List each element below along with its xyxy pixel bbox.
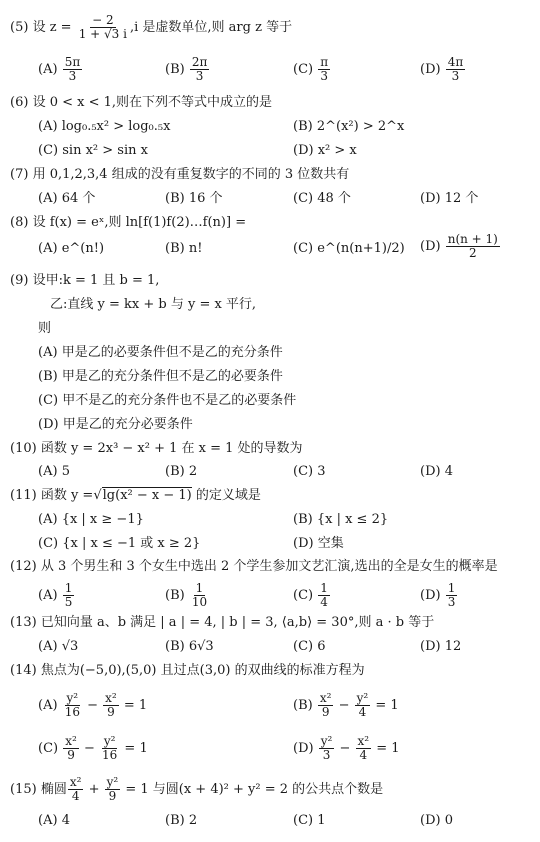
question-12: (12) 从 3 个男生和 3 个女生中选出 2 个学生参加文艺汇演,选出的全是… (10, 558, 498, 576)
option-d[interactable]: (D) 12 (420, 638, 461, 656)
question-number: (10) (10, 440, 37, 458)
option-b[interactable]: (B) n! (165, 240, 202, 258)
question-14: (14) 焦点为(−5,0),(5,0) 且过点(3,0) 的双曲线的标准方程为 (10, 662, 365, 680)
fraction: 4π3 (446, 56, 466, 83)
question-6: (6) 设 0 < x < 1,则在下列不等式中成立的是 (10, 94, 272, 112)
fraction: 15 (63, 582, 75, 609)
option-d[interactable]: (D) 4π3 (420, 56, 466, 83)
option-a[interactable]: (A) √3 (38, 638, 78, 656)
fraction: − 21 + √3 i (77, 14, 129, 41)
option-d[interactable]: (D) n(n + 1)2 (420, 233, 501, 260)
question-number: (9) (10, 272, 28, 290)
question-stem: = 1 与圆(x + 4)² + y² = 2 的公共点个数是 (125, 782, 383, 797)
option-b[interactable]: (B) 2 (165, 812, 197, 830)
question-number: (12) (10, 558, 37, 576)
option-d[interactable]: (D) 空集 (293, 535, 344, 553)
question-number: (5) (10, 19, 28, 37)
option-a[interactable]: (A) y²16 − x²9 = 1 (38, 692, 147, 719)
fraction: 14 (318, 582, 330, 609)
option-c[interactable]: (C) 1 (293, 812, 326, 830)
option-c[interactable]: (C) 甲不是乙的充分条件也不是乙的必要条件 (38, 392, 296, 410)
question-number: (11) (10, 487, 37, 505)
option-a[interactable]: (A) log₀.₅x² > log₀.₅x (38, 118, 170, 136)
question-number: (15) (10, 781, 37, 799)
question-stem: 设甲:k = 1 且 b = 1, (33, 273, 160, 288)
question-number: (13) (10, 614, 37, 632)
question-stem: 设 0 < x < 1,则在下列不等式中成立的是 (33, 95, 272, 110)
option-c[interactable]: (C) {x | x ≤ −1 或 x ≥ 2} (38, 535, 200, 553)
question-stem: 从 3 个男生和 3 个女生中选出 2 个学生参加文艺汇演,选出的全是女生的概率… (41, 559, 498, 574)
fraction: 13 (446, 582, 458, 609)
option-a[interactable]: (A) 甲是乙的必要条件但不是乙的充分条件 (38, 344, 283, 362)
question-number: (14) (10, 662, 37, 680)
question-8: (8) 设 f(x) = eˣ,则 ln[f(1)f(2)…f(n)] = (10, 214, 246, 232)
option-b[interactable]: (B) 16 个 (165, 190, 223, 208)
option-a[interactable]: (A) {x | x ≥ −1} (38, 511, 144, 529)
option-d[interactable]: (D) y²3 − x²4 = 1 (293, 735, 400, 762)
option-c[interactable]: (C) e^(n(n+1)/2) (293, 240, 405, 258)
question-number: (6) (10, 94, 28, 112)
question-stem: 已知向量 a、b 满足 | a | = 4, | b | = 3, ⟨a,b⟩ … (41, 615, 434, 630)
option-c[interactable]: (C) 3 (293, 463, 326, 481)
question-9: (9) 设甲:k = 1 且 b = 1, (10, 272, 159, 290)
option-d[interactable]: (D) 甲是乙的充分必要条件 (38, 416, 193, 434)
option-b[interactable]: (B) 甲是乙的充分条件但不是乙的必要条件 (38, 368, 283, 386)
option-c[interactable]: (C) 14 (293, 582, 331, 609)
question-stem: 焦点为(−5,0),(5,0) 且过点(3,0) 的双曲线的标准方程为 (41, 663, 365, 678)
question-stem-line2: 乙:直线 y = kx + b 与 y = x 平行, (50, 296, 256, 314)
option-a[interactable]: (A) e^(n!) (38, 240, 104, 258)
option-d[interactable]: (D) x² > x (293, 142, 357, 160)
option-b[interactable]: (B) 6√3 (165, 638, 214, 656)
option-d[interactable]: (D) 13 (420, 582, 458, 609)
option-a[interactable]: (A) 5 (38, 463, 70, 481)
fraction: 5π3 (63, 56, 83, 83)
sqrt-expression: lg(x² − x − 1) (102, 487, 192, 503)
question-stem: 设 z = (33, 20, 72, 35)
question-10: (10) 函数 y = 2x³ − x² + 1 在 x = 1 处的导数为 (10, 440, 303, 458)
fraction: π3 (318, 56, 330, 83)
question-number: (8) (10, 214, 28, 232)
question-11: (11) 函数 y =√lg(x² − x − 1) 的定义域是 (10, 487, 261, 505)
question-stem: 设 f(x) = eˣ,则 ln[f(1)f(2)…f(n)] = (33, 215, 247, 230)
question-stem: 函数 y = 2x³ − x² + 1 在 x = 1 处的导数为 (41, 441, 303, 456)
question-stem: ,i 是虚数单位,则 arg z 等于 (130, 20, 292, 35)
option-b[interactable]: (B) {x | x ≤ 2} (293, 511, 388, 529)
fraction: 110 (190, 582, 209, 609)
option-b[interactable]: (B) 2π3 (165, 56, 210, 83)
option-a[interactable]: (A) 15 (38, 582, 75, 609)
option-d[interactable]: (D) 12 个 (420, 190, 478, 208)
option-a[interactable]: (A) 5π3 (38, 56, 83, 83)
question-13: (13) 已知向量 a、b 满足 | a | = 4, | b | = 3, ⟨… (10, 614, 434, 632)
option-b[interactable]: (B) 2^(x²) > 2^x (293, 118, 404, 136)
question-7: (7) 用 0,1,2,3,4 组成的没有重复数字的不同的 3 位数共有 (10, 166, 349, 184)
option-c[interactable]: (C) 48 个 (293, 190, 351, 208)
option-a[interactable]: (A) 64 个 (38, 190, 95, 208)
option-c[interactable]: (C) sin x² > sin x (38, 142, 148, 160)
option-c[interactable]: (C) 6 (293, 638, 326, 656)
option-b[interactable]: (B) 2 (165, 463, 197, 481)
question-stem: 用 0,1,2,3,4 组成的没有重复数字的不同的 3 位数共有 (33, 167, 350, 182)
question-number: (7) (10, 166, 28, 184)
question-5: (5) 设 z = − 21 + √3 i,i 是虚数单位,则 arg z 等于 (10, 14, 292, 41)
option-c[interactable]: (C) π3 (293, 56, 331, 83)
question-stem: 的定义域是 (192, 488, 261, 503)
option-a[interactable]: (A) 4 (38, 812, 70, 830)
question-stem: 函数 y = (41, 488, 94, 503)
fraction: n(n + 1)2 (446, 233, 500, 260)
question-stem: 椭圆 (41, 782, 67, 797)
option-b[interactable]: (B) x²9 − y²4 = 1 (293, 692, 399, 719)
option-c[interactable]: (C) x²9 − y²16 = 1 (38, 735, 148, 762)
option-d[interactable]: (D) 4 (420, 463, 453, 481)
option-d[interactable]: (D) 0 (420, 812, 453, 830)
fraction: 2π3 (190, 56, 210, 83)
question-stem-line3: 则 (38, 320, 51, 338)
option-b[interactable]: (B) 110 (165, 582, 210, 609)
question-15: (15) 椭圆x²4 + y²9 = 1 与圆(x + 4)² + y² = 2… (10, 776, 383, 803)
